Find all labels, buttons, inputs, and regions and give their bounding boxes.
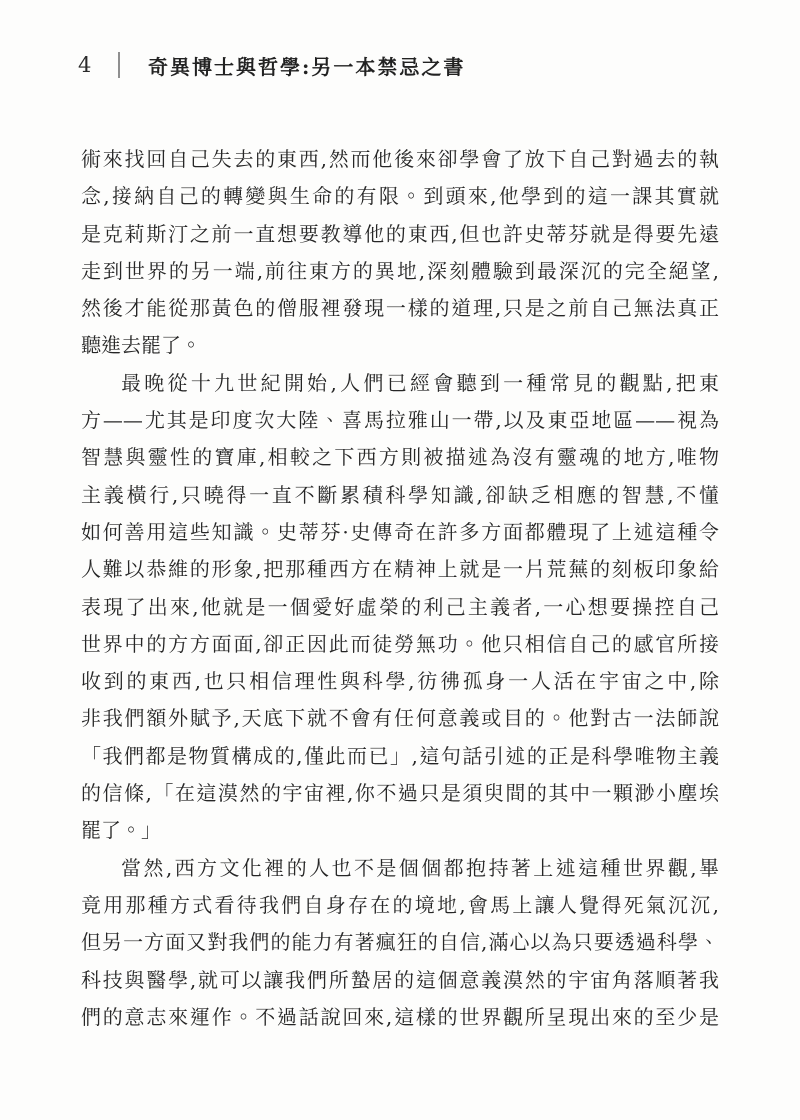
text-line: 的信條,「在這漠然的宇宙裡,你不過只是須臾間的其中一顆渺小塵埃 [81,775,719,812]
text-line: 罷了。」 [81,812,719,849]
text-line: 主義橫行,只曉得一直不斷累積科學知識,卻缺乏相應的智慧,不懂 [81,477,719,514]
text-line: 術來找回自己失去的東西,然而他後來卻學會了放下自己對過去的執 [81,141,719,178]
text-line: 走到世界的另一端,前往東方的異地,深刻體驗到最深沉的完全絕望, [81,253,719,290]
text-line: 是克莉斯汀之前一直想要教導他的東西,但也許史蒂芬就是得要先遠 [81,216,719,253]
text-line: 但另一方面又對我們的能力有著瘋狂的自信,滿心以為只要透過科學、 [81,924,719,961]
header-divider [118,52,120,78]
text-line: 智慧與靈性的寶庫,相較之下西方則被描述為沒有靈魂的地方,唯物 [81,439,719,476]
text-line: 念,接納自己的轉變與生命的有限。到頭來,他學到的這一課其實就 [81,178,719,215]
text-line: 表現了出來,他就是一個愛好虛榮的利己主義者,一心想要操控自己 [81,589,719,626]
text-line: 竟用那種方式看待我們自身存在的境地,會馬上讓人覺得死氣沉沉, [81,887,719,924]
text-line: 然後才能從那黃色的僧服裡發現一樣的道理,只是之前自己無法真正 [81,290,719,327]
running-title: 奇異博士與哲學:另一本禁忌之書 [148,51,465,80]
text-line: 世界中的方方面面,卻正因此而徒勞無功。他只相信自己的感官所接 [81,626,719,663]
text-line: 當然,西方文化裡的人也不是個個都抱持著上述這種世界觀,畢 [81,850,719,887]
page-header: 4 奇異博士與哲學:另一本禁忌之書 [78,50,720,80]
text-line: 如何善用這些知識。史蒂芬·史傳奇在許多方面都體現了上述這種令 [81,514,719,551]
body-text: 術來找回自己失去的東西,然而他後來卻學會了放下自己對過去的執念,接納自己的轉變與… [81,141,719,1036]
text-line: 科技與醫學,就可以讓我們所蟄居的這個意義漠然的宇宙角落順著我 [81,962,719,999]
book-page: 4 奇異博士與哲學:另一本禁忌之書 術來找回自己失去的東西,然而他後來卻學會了放… [0,0,800,1120]
text-line: 最晚從十九世紀開始,人們已經會聽到一種常見的觀點,把東 [81,365,719,402]
text-line: 方——尤其是印度次大陸、喜馬拉雅山一帶,以及東亞地區——視為 [81,402,719,439]
text-line: 聽進去罷了。 [81,327,719,364]
page-number: 4 [78,53,92,77]
text-line: 收到的東西,也只相信理性與科學,彷彿孤身一人活在宇宙之中,除 [81,663,719,700]
text-line: 「我們都是物質構成的,僅此而已」,這句話引述的正是科學唯物主義 [81,738,719,775]
text-line: 人難以恭維的形象,把那種西方在精神上就是一片荒蕪的刻板印象給 [81,551,719,588]
text-line: 們的意志來運作。不過話說回來,這樣的世界觀所呈現出來的至少是 [81,999,719,1036]
text-line: 非我們額外賦予,天底下就不會有任何意義或目的。他對古一法師說 [81,700,719,737]
